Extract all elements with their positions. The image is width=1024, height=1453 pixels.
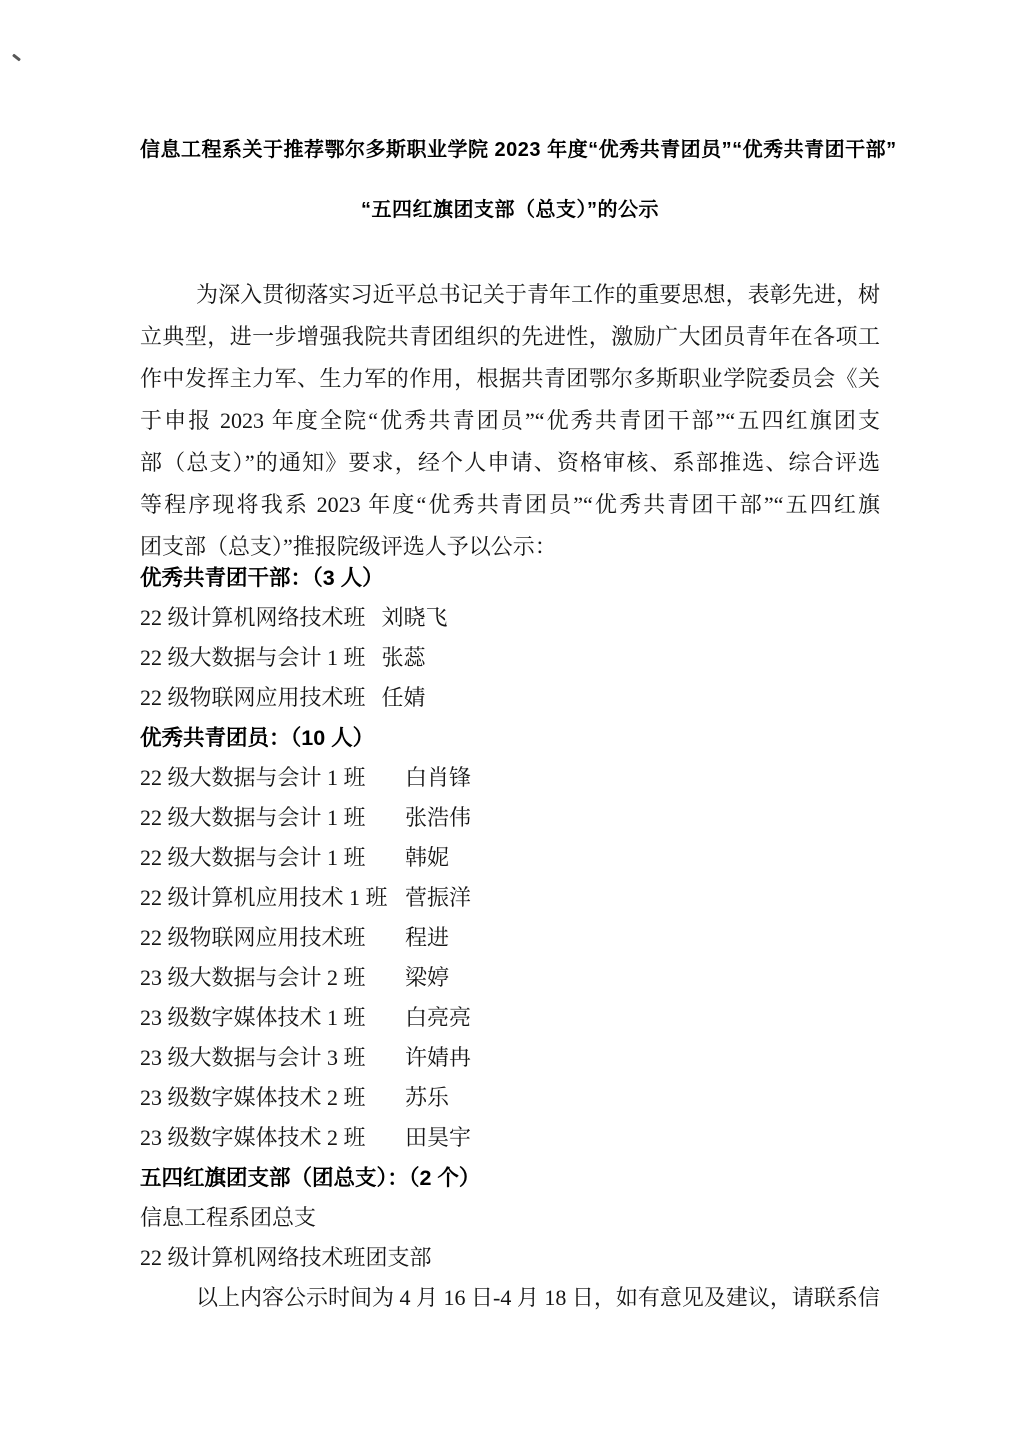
award-lists: 优秀共青团干部：（3 人） 22 级计算机网络技术班 刘晓飞 22 级大数据与会…: [140, 558, 880, 1318]
cadre-class: 22 级大数据与会计 1 班: [140, 638, 366, 678]
document-page: 信息工程系关于推荐鄂尔多斯职业学院 2023 年度“优秀共青团员”“优秀共青团干…: [0, 0, 1024, 1453]
body-line: 部（总支）”的通知》要求，经个人申请、资格审核、系部推选、综合评选: [140, 442, 880, 484]
cadre-name: 张蕊: [382, 638, 426, 678]
cadre-name: 任婧: [382, 678, 426, 718]
member-class: 22 级大数据与会计 1 班: [140, 758, 405, 798]
member-name: 田昊宇: [405, 1118, 471, 1158]
body-line: 于申报 2023 年度全院“优秀共青团员”“优秀共青团干部”“五四红旗团支: [140, 400, 880, 442]
member-class: 23 级数字媒体技术 2 班: [140, 1078, 405, 1118]
member-class: 23 级数字媒体技术 2 班: [140, 1118, 405, 1158]
cadre-row: 22 级大数据与会计 1 班 张蕊: [140, 638, 880, 678]
document-title-line-1: 信息工程系关于推荐鄂尔多斯职业学院 2023 年度“优秀共青团员”“优秀共青团干…: [140, 133, 880, 162]
members-section-heading: 优秀共青团员：（10 人）: [140, 718, 880, 758]
branch-row: 信息工程系团总支: [140, 1198, 880, 1238]
member-class: 23 级大数据与会计 2 班: [140, 958, 405, 998]
member-class: 22 级计算机应用技术 1 班: [140, 878, 405, 918]
member-row: 22 级计算机应用技术 1 班 菅振洋: [140, 878, 880, 918]
member-row: 22 级大数据与会计 1 班 白肖锋: [140, 758, 880, 798]
member-class: 22 级大数据与会计 1 班: [140, 798, 405, 838]
member-row: 22 级大数据与会计 1 班 张浩伟: [140, 798, 880, 838]
member-row: 22 级物联网应用技术班 程进: [140, 918, 880, 958]
member-name: 菅振洋: [405, 878, 471, 918]
cadre-class: 22 级物联网应用技术班: [140, 678, 366, 718]
member-class: 22 级大数据与会计 1 班: [140, 838, 405, 878]
cadre-row: 22 级计算机网络技术班 刘晓飞: [140, 598, 880, 638]
member-class: 23 级数字媒体技术 1 班: [140, 998, 405, 1038]
member-row: 23 级数字媒体技术 2 班 苏乐: [140, 1078, 880, 1118]
member-row: 22 级大数据与会计 1 班 韩妮: [140, 838, 880, 878]
cadre-row: 22 级物联网应用技术班 任婧: [140, 678, 880, 718]
member-name: 苏乐: [405, 1078, 449, 1118]
scan-speck-mark: [12, 54, 21, 62]
branch-row: 22 级计算机网络技术班团支部: [140, 1238, 880, 1278]
member-name: 梁婷: [405, 958, 449, 998]
member-class: 23 级大数据与会计 3 班: [140, 1038, 405, 1078]
member-name: 张浩伟: [405, 798, 471, 838]
member-row: 23 级大数据与会计 2 班 梁婷: [140, 958, 880, 998]
body-line: 立典型，进一步增强我院共青团组织的先进性，激励广大团员青年在各项工: [140, 316, 880, 358]
closing-notice-line: 以上内容公示时间为 4 月 16 日-4 月 18 日，如有意见及建议，请联系信: [140, 1278, 880, 1318]
cadre-name: 刘晓飞: [382, 598, 448, 638]
cadre-class: 22 级计算机网络技术班: [140, 598, 366, 638]
body-paragraph: 为深入贯彻落实习近平总书记关于青年工作的重要思想，表彰先进，树 立典型，进一步增…: [140, 274, 880, 568]
member-name: 白亮亮: [405, 998, 471, 1038]
member-name: 程进: [405, 918, 449, 958]
body-line: 作中发挥主力军、生力军的作用，根据共青团鄂尔多斯职业学院委员会《关: [140, 358, 880, 400]
member-row: 23 级数字媒体技术 1 班 白亮亮: [140, 998, 880, 1038]
document-title-line-2: “五四红旗团支部（总支）”的公示: [140, 193, 880, 222]
body-line: 为深入贯彻落实习近平总书记关于青年工作的重要思想，表彰先进，树: [140, 274, 880, 316]
body-line: 等程序现将我系 2023 年度“优秀共青团员”“优秀共青团干部”“五四红旗: [140, 484, 880, 526]
member-name: 许婧冉: [405, 1038, 471, 1078]
branches-section-heading: 五四红旗团支部（团总支）：（2 个）: [140, 1158, 880, 1198]
member-row: 23 级大数据与会计 3 班 许婧冉: [140, 1038, 880, 1078]
member-class: 22 级物联网应用技术班: [140, 918, 405, 958]
cadres-section-heading: 优秀共青团干部：（3 人）: [140, 558, 880, 598]
member-name: 韩妮: [405, 838, 449, 878]
member-name: 白肖锋: [405, 758, 471, 798]
member-row: 23 级数字媒体技术 2 班 田昊宇: [140, 1118, 880, 1158]
